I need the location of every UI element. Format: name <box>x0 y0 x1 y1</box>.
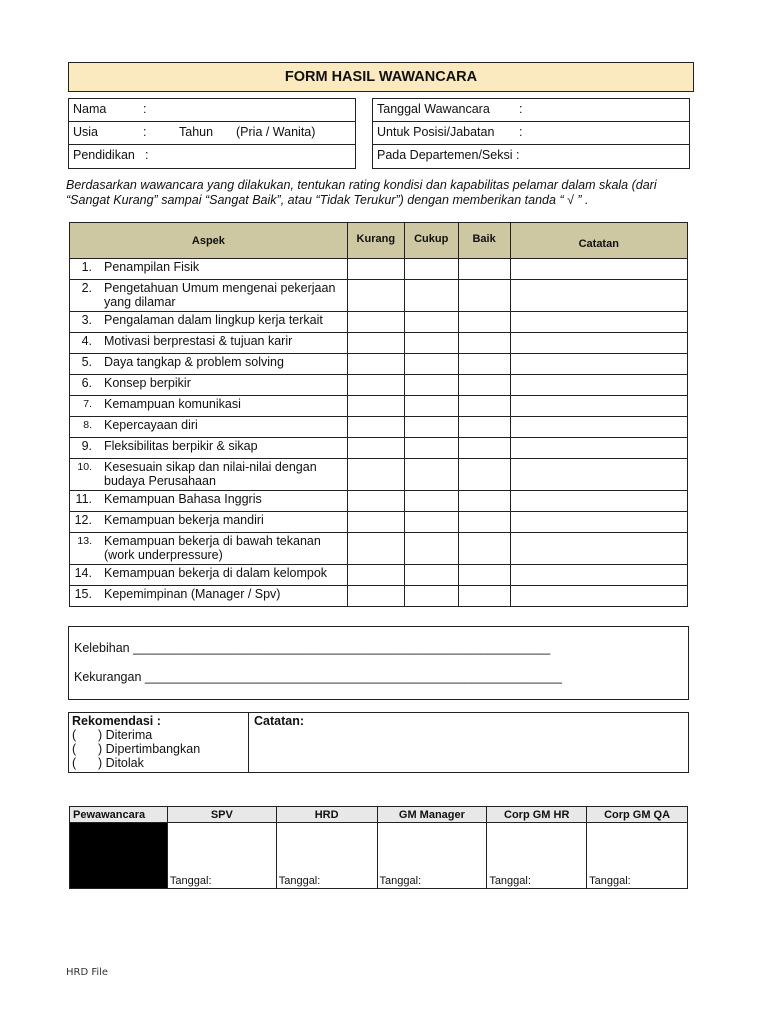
aspek-label: Konsep berpikir <box>104 377 346 391</box>
cukup-cell[interactable] <box>404 565 458 586</box>
kekurangan-field[interactable]: Kekurangan _____________________________… <box>74 670 562 684</box>
option-diterima[interactable]: ( ) Diterima <box>72 728 245 742</box>
baik-cell[interactable] <box>458 459 510 491</box>
posisi-field[interactable]: Untuk Posisi/Jabatan : <box>373 122 689 145</box>
sig-header-corp-gm-qa: Corp GM QA <box>587 807 688 823</box>
aspek-cell: 12.Kemampuan bekerja mandiri <box>70 512 348 533</box>
catatan-cell[interactable] <box>510 375 687 396</box>
aspek-label: Daya tangkap & problem solving <box>104 356 346 370</box>
instruction-line-2: “Sangat Kurang” sampai “Sangat Baik”, at… <box>66 193 706 208</box>
sig-header-hrd: HRD <box>276 807 377 823</box>
row-number: 4. <box>70 335 104 349</box>
cukup-cell[interactable] <box>404 354 458 375</box>
kurang-cell[interactable] <box>347 565 404 586</box>
pendidikan-colon: : <box>145 148 148 162</box>
row-number: 13. <box>70 535 104 549</box>
aspek-label: Kemampuan komunikasi <box>104 398 346 412</box>
row-number: 15. <box>70 588 104 602</box>
kurang-cell[interactable] <box>347 512 404 533</box>
departemen-label: Pada Departemen/Seksi : <box>377 148 519 162</box>
gender-option: (Pria / Wanita) <box>236 125 315 139</box>
interview-info-box: Tanggal Wawancara : Untuk Posisi/Jabatan… <box>372 98 690 169</box>
instruction-line-1: Berdasarkan wawancara yang dilakukan, te… <box>66 178 706 193</box>
aspek-cell: 3.Pengalaman dalam lingkup kerja terkait <box>70 312 348 333</box>
baik-cell[interactable] <box>458 586 510 607</box>
baik-cell[interactable] <box>458 565 510 586</box>
departemen-field[interactable]: Pada Departemen/Seksi : <box>373 145 689 168</box>
date-label: Tanggal: <box>170 875 212 887</box>
cukup-cell[interactable] <box>404 259 458 280</box>
tanggal-wawancara-field[interactable]: Tanggal Wawancara : <box>373 99 689 122</box>
checkbox-paren[interactable]: ( <box>72 728 98 742</box>
usia-colon: : <box>143 125 146 139</box>
baik-cell[interactable] <box>458 354 510 375</box>
usia-field[interactable]: Usia : Tahun (Pria / Wanita) <box>69 122 355 145</box>
aspek-cell: 5.Daya tangkap & problem solving <box>70 354 348 375</box>
sig-header-pewawancara: Pewawancara <box>70 807 168 823</box>
catatan-cell[interactable] <box>510 459 687 491</box>
aspek-cell: 1.Penampilan Fisik <box>70 259 348 280</box>
aspek-label: Kemampuan bekerja di dalam kelompok <box>104 567 346 581</box>
baik-cell[interactable] <box>458 438 510 459</box>
table-row: 8.Kepercayaan diri <box>70 417 688 438</box>
signature-table: Pewawancara SPV HRD GM Manager Corp GM H… <box>69 806 688 889</box>
kurang-cell[interactable] <box>347 533 404 565</box>
aspek-cell: 8.Kepercayaan diri <box>70 417 348 438</box>
catatan-label: Catatan: <box>254 714 304 728</box>
catatan-cell[interactable] <box>510 333 687 354</box>
aspek-cell: 10.Kesesuain sikap dan nilai-nilai denga… <box>70 459 348 491</box>
aspek-label: Kemampuan Bahasa Inggris <box>104 493 346 507</box>
catatan-cell[interactable] <box>510 312 687 333</box>
form-title: FORM HASIL WAWANCARA <box>68 62 694 92</box>
baik-cell[interactable] <box>458 533 510 565</box>
catatan-cell[interactable] <box>510 586 687 607</box>
sig-header-corp-gm-hr: Corp GM HR <box>487 807 587 823</box>
kurang-cell[interactable] <box>347 354 404 375</box>
table-row: 1.Penampilan Fisik <box>70 259 688 280</box>
checkbox-paren[interactable]: ( <box>72 756 98 770</box>
aspek-label: Kepercayaan diri <box>104 419 346 433</box>
baik-cell[interactable] <box>458 396 510 417</box>
kurang-cell[interactable] <box>347 586 404 607</box>
table-row: 5.Daya tangkap & problem solving <box>70 354 688 375</box>
catatan-cell[interactable] <box>510 280 687 312</box>
aspek-label: Kemampuan bekerja di bawah tekanan (work… <box>104 535 346 562</box>
table-row: 2.Pengetahuan Umum mengenai pekerjaan ya… <box>70 280 688 312</box>
row-number: 7. <box>70 398 104 412</box>
recommendation-title: Rekomendasi : <box>72 714 245 728</box>
catatan-cell[interactable] <box>510 354 687 375</box>
catatan-cell[interactable] <box>510 438 687 459</box>
footer-label: HRD File <box>66 967 108 978</box>
cukup-cell[interactable] <box>404 491 458 512</box>
option-label: Ditolak <box>106 756 144 770</box>
catatan-cell[interactable] <box>510 396 687 417</box>
baik-cell[interactable] <box>458 375 510 396</box>
kurang-cell[interactable] <box>347 312 404 333</box>
tanggal-colon: : <box>519 102 522 116</box>
row-number: 6. <box>70 377 104 391</box>
sig-cell-spv[interactable]: Tanggal: <box>167 823 276 889</box>
aspek-label: Kemampuan bekerja mandiri <box>104 514 346 528</box>
aspek-cell: 14.Kemampuan bekerja di dalam kelompok <box>70 565 348 586</box>
baik-cell[interactable] <box>458 259 510 280</box>
aspek-label: Kesesuain sikap dan nilai-nilai dengan b… <box>104 461 346 488</box>
catatan-cell[interactable] <box>510 417 687 438</box>
cukup-cell[interactable] <box>404 280 458 312</box>
baik-cell[interactable] <box>458 280 510 312</box>
tanggal-wawancara-label: Tanggal Wawancara <box>377 102 490 116</box>
header-kurang: Kurang <box>347 223 404 259</box>
sig-header-spv: SPV <box>167 807 276 823</box>
kurang-cell[interactable] <box>347 417 404 438</box>
aspek-cell: 7.Kemampuan komunikasi <box>70 396 348 417</box>
baik-cell[interactable] <box>458 417 510 438</box>
recommendation-options: Rekomendasi : ( ) Diterima ( ) Dipertimb… <box>69 713 249 772</box>
aspek-label: Kepemimpinan (Manager / Spv) <box>104 588 346 602</box>
date-label: Tanggal: <box>489 875 531 887</box>
table-row: 7.Kemampuan komunikasi <box>70 396 688 417</box>
aspek-label: Motivasi berprestasi & tujuan karir <box>104 335 346 349</box>
cukup-cell[interactable] <box>404 333 458 354</box>
option-label: Diterima <box>106 728 153 742</box>
row-number: 9. <box>70 440 104 454</box>
aspek-label: Penampilan Fisik <box>104 261 346 275</box>
sig-header-gm-manager: GM Manager <box>377 807 487 823</box>
table-row: 12.Kemampuan bekerja mandiri <box>70 512 688 533</box>
cukup-cell[interactable] <box>404 396 458 417</box>
aspek-label: Fleksibilitas berpikir & sikap <box>104 440 346 454</box>
table-row: 3.Pengalaman dalam lingkup kerja terkait <box>70 312 688 333</box>
aspek-cell: 13.Kemampuan bekerja di bawah tekanan (w… <box>70 533 348 565</box>
sig-cell-corp-gm-hr[interactable]: Tanggal: <box>487 823 587 889</box>
cukup-cell[interactable] <box>404 512 458 533</box>
date-label: Tanggal: <box>279 875 321 887</box>
row-number: 2. <box>70 282 104 296</box>
row-number: 12. <box>70 514 104 528</box>
cukup-cell[interactable] <box>404 533 458 565</box>
applicant-info-box: Nama : Usia : Tahun (Pria / Wanita) Pend… <box>68 98 356 169</box>
usia-unit: Tahun <box>179 125 213 139</box>
sig-cell-corp-gm-qa[interactable]: Tanggal: <box>587 823 688 889</box>
baik-cell[interactable] <box>458 491 510 512</box>
baik-cell[interactable] <box>458 512 510 533</box>
option-dipertimbangkan[interactable]: ( ) Dipertimbangkan <box>72 742 245 756</box>
sig-cell-gm-manager[interactable]: Tanggal: <box>377 823 487 889</box>
kurang-cell[interactable] <box>347 375 404 396</box>
table-row: 9.Fleksibilitas berpikir & sikap <box>70 438 688 459</box>
table-row: 10.Kesesuain sikap dan nilai-nilai denga… <box>70 459 688 491</box>
aspek-cell: 6.Konsep berpikir <box>70 375 348 396</box>
row-number: 5. <box>70 356 104 370</box>
table-row: 13.Kemampuan bekerja di bawah tekanan (w… <box>70 533 688 565</box>
kurang-cell[interactable] <box>347 491 404 512</box>
kurang-cell[interactable] <box>347 333 404 354</box>
recommendation-notes[interactable]: Catatan: <box>249 713 688 772</box>
pendidikan-label: Pendidikan <box>73 148 135 162</box>
posisi-colon: : <box>519 125 522 139</box>
nama-field[interactable]: Nama : <box>69 99 355 122</box>
catatan-cell[interactable] <box>510 565 687 586</box>
aspek-cell: 11.Kemampuan Bahasa Inggris <box>70 491 348 512</box>
checkbox-paren[interactable]: ( <box>72 742 98 756</box>
row-number: 1. <box>70 261 104 275</box>
catatan-cell[interactable] <box>510 259 687 280</box>
row-number: 3. <box>70 314 104 328</box>
strengths-weaknesses-box: Kelebihan ______________________________… <box>68 626 689 700</box>
header-aspek: Aspek <box>70 223 348 259</box>
recommendation-box: Rekomendasi : ( ) Diterima ( ) Dipertimb… <box>68 712 689 773</box>
baik-cell[interactable] <box>458 312 510 333</box>
kurang-cell[interactable] <box>347 459 404 491</box>
usia-label: Usia <box>73 125 98 139</box>
date-label: Tanggal: <box>380 875 422 887</box>
catatan-cell[interactable] <box>510 491 687 512</box>
kurang-cell[interactable] <box>347 280 404 312</box>
posisi-label: Untuk Posisi/Jabatan <box>377 125 494 139</box>
catatan-cell[interactable] <box>510 512 687 533</box>
kurang-cell[interactable] <box>347 396 404 417</box>
table-row: 14.Kemampuan bekerja di dalam kelompok <box>70 565 688 586</box>
paren-close: ) <box>98 756 102 770</box>
header-baik: Baik <box>458 223 510 259</box>
aspek-label: Pengalaman dalam lingkup kerja terkait <box>104 314 346 328</box>
pendidikan-field[interactable]: Pendidikan : <box>69 145 355 168</box>
row-number: 10. <box>70 461 104 475</box>
paren-close: ) <box>98 742 102 756</box>
row-number: 11. <box>70 493 104 507</box>
table-row: 6.Konsep berpikir <box>70 375 688 396</box>
cukup-cell[interactable] <box>404 438 458 459</box>
nama-colon: : <box>143 102 146 116</box>
option-ditolak[interactable]: ( ) Ditolak <box>72 756 245 770</box>
instruction-text: Berdasarkan wawancara yang dilakukan, te… <box>66 178 706 208</box>
row-number: 14. <box>70 567 104 581</box>
aspek-label: Pengetahuan Umum mengenai pekerjaan yang… <box>104 282 346 309</box>
aspek-cell: 15.Kepemimpinan (Manager / Spv) <box>70 586 348 607</box>
table-row: 4.Motivasi berprestasi & tujuan karir <box>70 333 688 354</box>
paren-close: ) <box>98 728 102 742</box>
kelebihan-field[interactable]: Kelebihan ______________________________… <box>74 641 550 655</box>
row-number: 8. <box>70 419 104 433</box>
cukup-cell[interactable] <box>404 417 458 438</box>
cukup-cell[interactable] <box>404 375 458 396</box>
aspek-cell: 2.Pengetahuan Umum mengenai pekerjaan ya… <box>70 280 348 312</box>
table-row: 15.Kepemimpinan (Manager / Spv) <box>70 586 688 607</box>
nama-label: Nama <box>73 102 106 116</box>
kurang-cell[interactable] <box>347 438 404 459</box>
cukup-cell[interactable] <box>404 312 458 333</box>
catatan-cell[interactable] <box>510 533 687 565</box>
baik-cell[interactable] <box>458 333 510 354</box>
cukup-cell[interactable] <box>404 459 458 491</box>
cukup-cell[interactable] <box>404 586 458 607</box>
sig-cell-hrd[interactable]: Tanggal: <box>276 823 377 889</box>
sig-cell-pewawancara <box>70 823 168 889</box>
aspek-cell: 9.Fleksibilitas berpikir & sikap <box>70 438 348 459</box>
header-catatan: Catatan <box>510 223 687 259</box>
date-label: Tanggal: <box>589 875 631 887</box>
table-row: 11.Kemampuan Bahasa Inggris <box>70 491 688 512</box>
header-cukup: Cukup <box>404 223 458 259</box>
kurang-cell[interactable] <box>347 259 404 280</box>
rating-table: Aspek Kurang Cukup Baik Catatan 1.Penamp… <box>69 222 688 607</box>
aspek-cell: 4.Motivasi berprestasi & tujuan karir <box>70 333 348 354</box>
option-label: Dipertimbangkan <box>106 742 201 756</box>
